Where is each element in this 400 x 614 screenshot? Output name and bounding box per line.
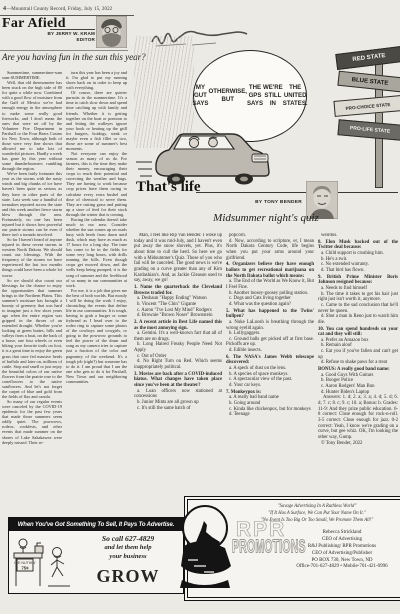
rpr-brand-bottom: PROMOTIONS (232, 540, 290, 558)
rpr-promotions-ad: "Savage Advertising In A Ruthless World"… (184, 496, 400, 601)
rpr-brand-wordmark: RPR PROMOTIONS (232, 520, 290, 550)
page-dateline: 4—Mountrail County Record, Friday, July … (3, 6, 112, 12)
sign-blue-state: BLUE STATE (337, 71, 400, 93)
dateline-text: —Mountrail County Record, Friday, July 1… (6, 7, 112, 12)
ad-help-line: and let them help (77, 544, 179, 553)
far-afield-column-1: Summertime, summertime-sum sum-SUMMERTIM… (2, 70, 62, 512)
svg-text:75¢: 75¢ (21, 566, 29, 571)
ad-business-line: your business (77, 553, 179, 562)
sign-red-state: RED STATE (335, 46, 400, 70)
cartoon-car (134, 124, 286, 186)
newspaper-page: { "page": { "page_num": "4", "dateline":… (0, 0, 400, 614)
quiz-title: Midsummer night's quiz (134, 212, 398, 224)
rpr-contact-block: Rebecca StricklandCEO of AdvertisingR&J … (288, 530, 396, 571)
thats-life-rule (196, 192, 398, 193)
kram-mugshot-photo (96, 16, 127, 48)
bender-byline: BY TONY BENDER (200, 200, 302, 205)
ad-call-line: So call 627-4829 (77, 534, 179, 544)
masthead-rule (0, 50, 128, 51)
quiz-column-3: weirdos.8. Elon Musk backed out of the T… (318, 233, 398, 491)
quiz-column-2: popcorn.d. Now, according to scripture, … (226, 233, 314, 491)
thats-life-title: That's life (136, 179, 201, 196)
advertise-ad-banner: When You've Got Something To Sell, It Pa… (9, 518, 183, 531)
advertise-ad: When You've Got Something To Sell, It Pa… (8, 517, 184, 594)
kram-byline: BY JERRY W. KRAM EDITOR (38, 31, 95, 43)
ad-grow-word: GROW (77, 564, 179, 588)
quiz-column-1: Man, I feel like Rip Van Bender. I woke … (134, 233, 222, 491)
advertise-ad-text: So call 627-4829 and let them help your … (77, 534, 179, 588)
kram-byline-role: EDITOR (38, 37, 95, 43)
editorial-cartoon: MY GUT SAYSOTHERWISE, BUTTHE GPS SAYSWE'… (130, 24, 400, 189)
masthead-dash-rule (50, 29, 95, 30)
sign-pro-life-state: PRO-LIFE STATE (337, 119, 400, 141)
far-afield-column-2: turn this year has been a joy and it. I'… (66, 70, 127, 512)
howling-wolf-logo (174, 502, 236, 594)
sign-pro-choice-state: PRO-CHOICE STATE (333, 95, 400, 117)
svg-text:ICE NUTHIN': ICE NUTHIN' (14, 561, 36, 565)
lemonade-stand-cartoon: ICE NUTHIN' 75¢ (11, 534, 75, 590)
